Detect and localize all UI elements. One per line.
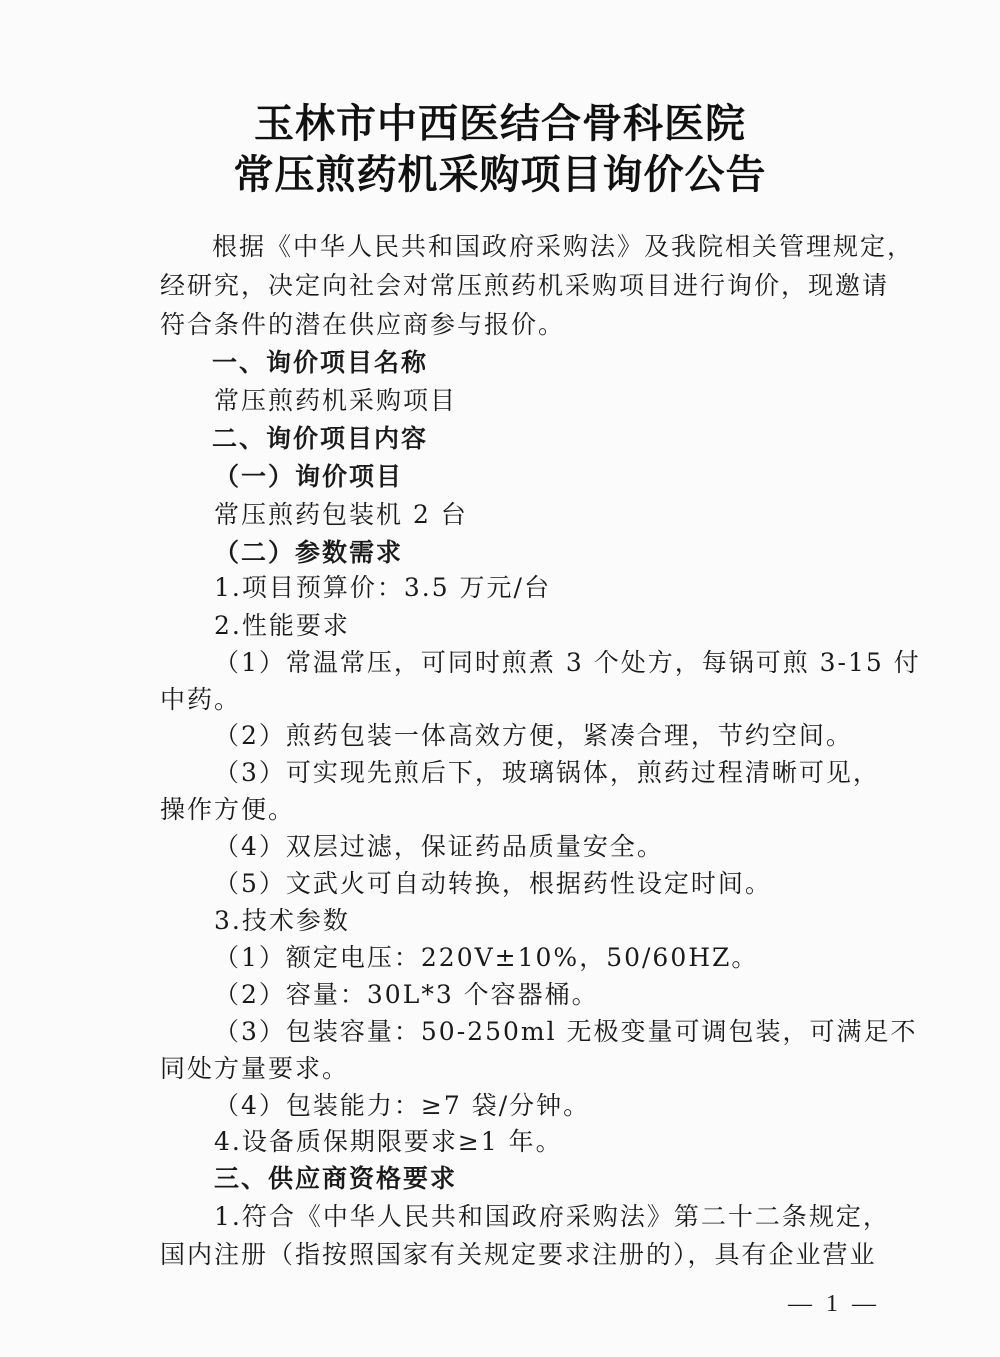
performance-item-5: （5）文武火可自动转换，根据药性设定时间。: [214, 866, 772, 902]
tech-item-3-cont: 同处方量要求。: [160, 1051, 349, 1087]
section3-line-1: 1.符合《中华人民共和国政府采购法》第二十二条规定，: [214, 1199, 890, 1235]
tech-item-1: （1）额定电压：220V±10%，50/60HZ。: [214, 940, 758, 976]
tech-item-4: （4）包装能力：≥7 袋/分钟。: [214, 1088, 590, 1124]
tech-item-2: （2）容量：30L*3 个容器桶。: [214, 977, 599, 1013]
performance-item-1-cont: 中药。: [160, 682, 241, 718]
intro-line-3: 符合条件的潜在供应商参与报价。: [160, 307, 565, 343]
performance-item-3: （3）可实现先煎后下，玻璃锅体，煎药过程清晰可见，: [214, 755, 880, 791]
section-body-1: 常压煎药机采购项目: [214, 383, 457, 419]
warranty-line: 4.设备质保期限要求≥1 年。: [214, 1124, 563, 1160]
subsection-body-1: 常压煎药包装机 2 台: [214, 497, 468, 533]
budget-line: 1.项目预算价：3.5 万元/台: [214, 570, 551, 606]
section-heading-3: 三、供应商资格要求: [214, 1161, 457, 1197]
performance-item-4: （4）双层过滤，保证药品质量安全。: [214, 829, 664, 865]
section-heading-1: 一、询价项目名称: [212, 345, 428, 381]
performance-item-2: （2）煎药包装一体高效方便，紧凑合理，节约空间。: [214, 718, 853, 754]
performance-item-1: （1）常温常压，可同时煎煮 3 个处方，每锅可煎 3-15 付: [214, 645, 921, 681]
subsection-heading-2: （二）参数需求: [214, 535, 403, 571]
subsection-heading-1: （一）询价项目: [214, 459, 403, 495]
document-title-line2: 常压煎药机采购项目询价公告: [0, 143, 1000, 200]
tech-heading: 3.技术参数: [214, 903, 350, 939]
page-number: — 1 —: [788, 1291, 880, 1318]
intro-line-2: 经研究，决定向社会对常压煎药机采购项目进行询价，现邀请: [160, 268, 889, 304]
document-title-line1: 玉林市中西医结合骨科医院: [0, 92, 1000, 149]
tech-item-3: （3）包装容量：50-250ml 无极变量可调包装，可满足不: [214, 1014, 918, 1050]
section-heading-2: 二、询价项目内容: [212, 421, 428, 457]
section3-line-2: 国内注册（指按照国家有关规定要求注册的），具有企业营业: [160, 1237, 877, 1273]
performance-heading: 2.性能要求: [214, 608, 350, 644]
performance-item-3-cont: 操作方便。: [160, 792, 295, 828]
intro-line-1: 根据《中华人民共和国政府采购法》及我院相关管理规定，: [212, 229, 914, 265]
